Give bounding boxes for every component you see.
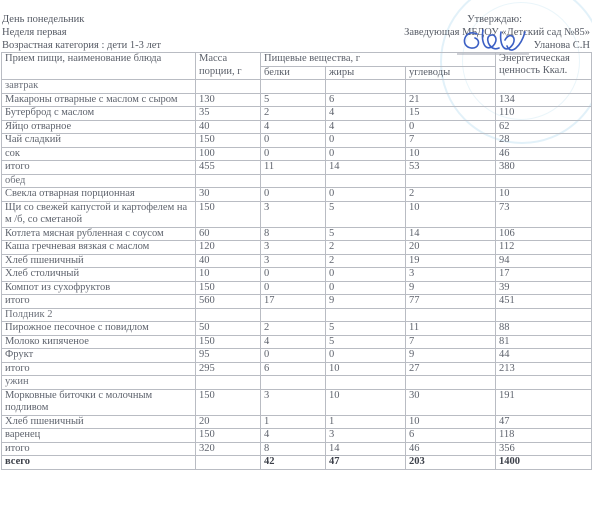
cell-dish: варенец (2, 429, 196, 443)
col-header-energy: Энергетическая ценность Ккал. (496, 53, 592, 80)
cell-mass: 320 (196, 442, 261, 456)
cell-energy: 380 (496, 161, 592, 175)
table-row: Пирожное песочное с повидлом50251188 (2, 322, 592, 336)
cell-mass: 95 (196, 349, 261, 363)
cell-carbs: 0 (406, 120, 496, 134)
cell-mass: 40 (196, 120, 261, 134)
cell-energy: 44 (496, 349, 592, 363)
empty-cell (261, 308, 326, 322)
table-row: Компот из сухофруктов15000939 (2, 281, 592, 295)
day-label: День понедельник (2, 13, 161, 26)
cell-carbs: 21 (406, 93, 496, 107)
cell-carbs: 9 (406, 281, 496, 295)
subtotal-row: итого56017977451 (2, 295, 592, 309)
cell-dish: Щи со свежей капустой и картофелем на м … (2, 201, 196, 227)
cell-protein: 3 (261, 389, 326, 415)
col-header-protein: белки (261, 66, 326, 80)
meal-name: обед (2, 174, 196, 188)
empty-cell (261, 174, 326, 188)
cell-protein: 0 (261, 281, 326, 295)
cell-dish: итого (2, 295, 196, 309)
approve-label: Утверждаю: (467, 13, 522, 26)
empty-cell (196, 80, 261, 94)
empty-cell (406, 308, 496, 322)
cell-mass: 455 (196, 161, 261, 175)
table-row: Щи со свежей капустой и картофелем на м … (2, 201, 592, 227)
table-row: Молоко кипяченое15045781 (2, 335, 592, 349)
table-row: Фрукт9500944 (2, 349, 592, 363)
cell-mass: 150 (196, 281, 261, 295)
grand-total-row: всего42472031400 (2, 456, 592, 470)
meal-name: завтрак (2, 80, 196, 94)
cell-mass: 150 (196, 389, 261, 415)
cell-carbs: 77 (406, 295, 496, 309)
cell-mass: 150 (196, 201, 261, 227)
cell-fat: 14 (326, 442, 406, 456)
cell-dish: Хлеб столичный (2, 268, 196, 282)
cell-energy: 73 (496, 201, 592, 227)
cell-carbs: 10 (406, 201, 496, 227)
cell-fat: 10 (326, 389, 406, 415)
age-category-label: Возрастная категория : дети 1-3 лет (2, 39, 161, 52)
cell-mass: 150 (196, 335, 261, 349)
empty-cell (326, 174, 406, 188)
cell-energy: 94 (496, 254, 592, 268)
cell-protein: 4 (261, 120, 326, 134)
cell-fat: 0 (326, 268, 406, 282)
cell-mass: 150 (196, 134, 261, 148)
cell-fat: 1 (326, 415, 406, 429)
cell-dish: Морковные биточки с молочным подливом (2, 389, 196, 415)
cell-mass: 295 (196, 362, 261, 376)
cell-carbs: 46 (406, 442, 496, 456)
cell-fat: 5 (326, 322, 406, 336)
cell-mass: 30 (196, 188, 261, 202)
col-header-dish: Прием пищи, наименование блюда (2, 53, 196, 80)
empty-cell (196, 376, 261, 390)
cell-protein: 3 (261, 201, 326, 227)
cell-fat: 14 (326, 161, 406, 175)
table-row: Хлеб пшеничный20111047 (2, 415, 592, 429)
table-row: Хлеб столичный1000317 (2, 268, 592, 282)
cell-protein: 0 (261, 134, 326, 148)
table-row: Котлета мясная рубленная с соусом6085141… (2, 227, 592, 241)
cell-mass: 40 (196, 254, 261, 268)
cell-mass: 10 (196, 268, 261, 282)
cell-dish: Каша гречневая вязкая с маслом (2, 241, 196, 255)
cell-energy: 47 (496, 415, 592, 429)
cell-energy: 1400 (496, 456, 592, 470)
cell-energy: 118 (496, 429, 592, 443)
cell-mass: 35 (196, 107, 261, 121)
meal-section-row: завтрак (2, 80, 592, 94)
cell-carbs: 53 (406, 161, 496, 175)
cell-protein: 8 (261, 442, 326, 456)
cell-energy: 10 (496, 188, 592, 202)
cell-protein: 2 (261, 107, 326, 121)
meal-section-row: Полдник 2 (2, 308, 592, 322)
cell-energy: 106 (496, 227, 592, 241)
cell-carbs: 7 (406, 335, 496, 349)
cell-fat: 0 (326, 147, 406, 161)
document-header-left: День понедельник Неделя первая Возрастна… (2, 13, 161, 52)
cell-carbs: 20 (406, 241, 496, 255)
cell-protein: 5 (261, 93, 326, 107)
cell-protein: 4 (261, 429, 326, 443)
cell-carbs: 7 (406, 134, 496, 148)
empty-cell (196, 308, 261, 322)
table-row: Макароны отварные с маслом с сыром130562… (2, 93, 592, 107)
cell-fat: 5 (326, 201, 406, 227)
table-row: сок100001046 (2, 147, 592, 161)
cell-protein: 0 (261, 349, 326, 363)
cell-fat: 4 (326, 120, 406, 134)
cell-fat: 0 (326, 134, 406, 148)
meal-section-row: обед (2, 174, 592, 188)
meal-name: ужин (2, 376, 196, 390)
col-header-nutrients: Пищевые вещества, г (261, 53, 496, 67)
cell-dish: Чай сладкий (2, 134, 196, 148)
cell-fat: 5 (326, 335, 406, 349)
week-label: Неделя первая (2, 26, 161, 39)
cell-fat: 2 (326, 241, 406, 255)
table-row: Каша гречневая вязкая с маслом1203220112 (2, 241, 592, 255)
cell-carbs: 27 (406, 362, 496, 376)
cell-mass: 60 (196, 227, 261, 241)
cell-carbs: 19 (406, 254, 496, 268)
cell-mass: 560 (196, 295, 261, 309)
cell-energy: 451 (496, 295, 592, 309)
cell-protein: 4 (261, 335, 326, 349)
cell-dish: Бутерброд с маслом (2, 107, 196, 121)
cell-dish: итого (2, 362, 196, 376)
cell-dish: итого (2, 442, 196, 456)
cell-protein: 3 (261, 241, 326, 255)
empty-cell (496, 174, 592, 188)
table-row: варенец150436118 (2, 429, 592, 443)
cell-dish: Молоко кипяченое (2, 335, 196, 349)
signatory-label: Уланова С.Н (534, 39, 590, 52)
table-row: Чай сладкий15000728 (2, 134, 592, 148)
menu-table: Прием пищи, наименование блюда Масса пор… (1, 52, 592, 470)
cell-fat: 0 (326, 349, 406, 363)
cell-carbs: 10 (406, 415, 496, 429)
cell-carbs: 10 (406, 147, 496, 161)
empty-cell (261, 376, 326, 390)
cell-fat: 5 (326, 227, 406, 241)
empty-cell (406, 80, 496, 94)
cell-fat: 4 (326, 107, 406, 121)
cell-carbs: 11 (406, 322, 496, 336)
cell-mass: 120 (196, 241, 261, 255)
empty-cell (496, 308, 592, 322)
cell-energy: 28 (496, 134, 592, 148)
cell-energy: 110 (496, 107, 592, 121)
cell-dish: Хлеб пшеничный (2, 254, 196, 268)
table-row: Бутерброд с маслом352415110 (2, 107, 592, 121)
cell-label: всего (2, 456, 196, 470)
cell-protein: 3 (261, 254, 326, 268)
cell-dish: итого (2, 161, 196, 175)
cell-protein: 11 (261, 161, 326, 175)
cell-carbs: 14 (406, 227, 496, 241)
cell-fat: 9 (326, 295, 406, 309)
cell-carbs: 9 (406, 349, 496, 363)
empty-cell (326, 308, 406, 322)
cell-carbs: 15 (406, 107, 496, 121)
cell-protein: 0 (261, 268, 326, 282)
cell-energy: 46 (496, 147, 592, 161)
cell-dish: Котлета мясная рубленная с соусом (2, 227, 196, 241)
cell-energy: 213 (496, 362, 592, 376)
cell-dish: Компот из сухофруктов (2, 281, 196, 295)
cell-dish: сок (2, 147, 196, 161)
subtotal-row: итого32081446356 (2, 442, 592, 456)
empty-cell (326, 80, 406, 94)
cell-mass: 130 (196, 93, 261, 107)
table-row: Яйцо отварное4044062 (2, 120, 592, 134)
cell-protein: 0 (261, 188, 326, 202)
cell-dish: Яйцо отварное (2, 120, 196, 134)
cell-energy: 191 (496, 389, 592, 415)
cell-energy: 88 (496, 322, 592, 336)
table-row: Морковные биточки с молочным подливом150… (2, 389, 592, 415)
cell-fat: 0 (326, 281, 406, 295)
subtotal-row: итого29561027213 (2, 362, 592, 376)
empty-cell (196, 174, 261, 188)
meal-name: Полдник 2 (2, 308, 196, 322)
cell-dish: Пирожное песочное с повидлом (2, 322, 196, 336)
cell-dish: Фрукт (2, 349, 196, 363)
cell-carbs: 203 (406, 456, 496, 470)
cell-dish: Свекла отварная порционная (2, 188, 196, 202)
cell-protein: 6 (261, 362, 326, 376)
col-header-carbs: углеводы (406, 66, 496, 80)
cell-protein: 42 (261, 456, 326, 470)
cell-protein: 2 (261, 322, 326, 336)
cell-energy: 134 (496, 93, 592, 107)
cell-dish: Макароны отварные с маслом с сыром (2, 93, 196, 107)
meal-section-row: ужин (2, 376, 592, 390)
cell-carbs: 3 (406, 268, 496, 282)
cell-fat: 47 (326, 456, 406, 470)
cell-mass: 50 (196, 322, 261, 336)
col-header-fat: жиры (326, 66, 406, 80)
col-header-mass: Масса порции, г (196, 53, 261, 80)
cell-energy: 17 (496, 268, 592, 282)
empty-cell (496, 376, 592, 390)
table-header-row: Прием пищи, наименование блюда Масса пор… (2, 53, 592, 67)
cell-fat: 6 (326, 93, 406, 107)
cell-protein: 17 (261, 295, 326, 309)
cell-energy: 62 (496, 120, 592, 134)
cell-fat: 10 (326, 362, 406, 376)
cell-mass (196, 456, 261, 470)
organization-label: Заведующая МБДОУ «Детский сад №85» (404, 26, 590, 39)
table-row: Свекла отварная порционная3000210 (2, 188, 592, 202)
cell-energy: 356 (496, 442, 592, 456)
cell-carbs: 2 (406, 188, 496, 202)
cell-protein: 0 (261, 147, 326, 161)
cell-energy: 112 (496, 241, 592, 255)
cell-fat: 0 (326, 188, 406, 202)
empty-cell (326, 376, 406, 390)
empty-cell (261, 80, 326, 94)
cell-protein: 8 (261, 227, 326, 241)
cell-fat: 3 (326, 429, 406, 443)
empty-cell (406, 174, 496, 188)
empty-cell (406, 376, 496, 390)
cell-carbs: 6 (406, 429, 496, 443)
empty-cell (496, 80, 592, 94)
table-row: Хлеб пшеничный40321994 (2, 254, 592, 268)
cell-carbs: 30 (406, 389, 496, 415)
cell-energy: 39 (496, 281, 592, 295)
cell-mass: 20 (196, 415, 261, 429)
cell-fat: 2 (326, 254, 406, 268)
cell-mass: 100 (196, 147, 261, 161)
cell-dish: Хлеб пшеничный (2, 415, 196, 429)
cell-protein: 1 (261, 415, 326, 429)
subtotal-row: итого455111453380 (2, 161, 592, 175)
cell-energy: 81 (496, 335, 592, 349)
cell-mass: 150 (196, 429, 261, 443)
